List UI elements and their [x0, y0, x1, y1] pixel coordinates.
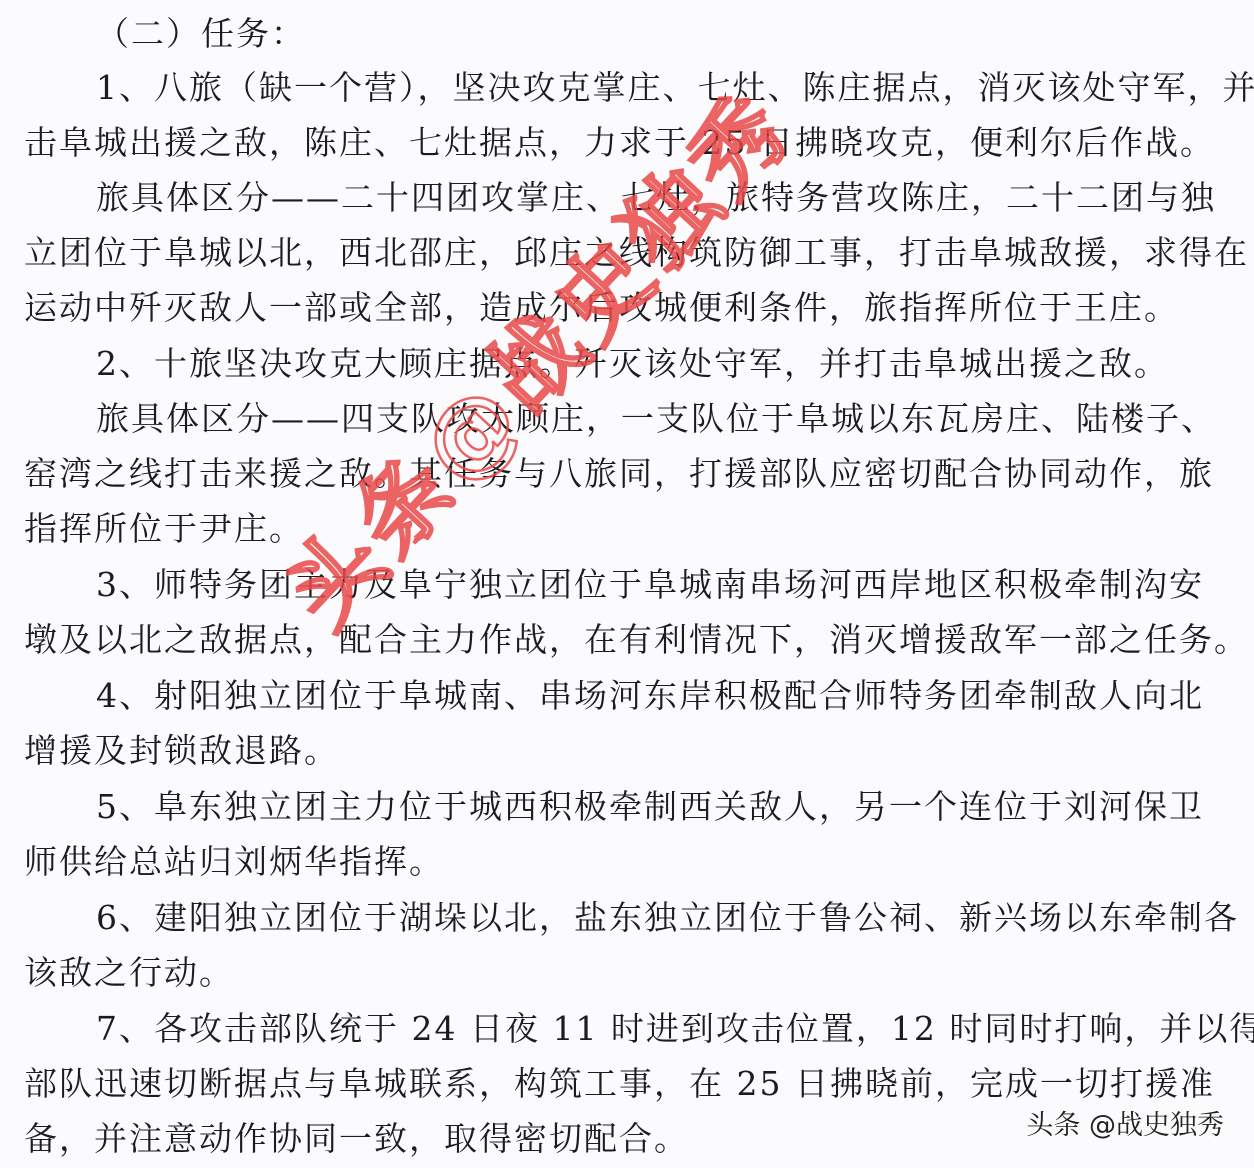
text-line: 立团位于阜城以北，西北邵庄，邱庄之线构筑防御工事，打击阜城敌援，求得在	[24, 233, 1249, 273]
corner-watermark: 头条 @战史独秀	[1026, 1103, 1224, 1142]
text-line: 墩及以北之敌据点，配合主力作战，在有利情况下，消灭增援敌军一部之任务。	[24, 620, 1249, 660]
text-line: 7、各攻击部队统于 24 日夜 11 时进到攻击位置，12 时同时打响，并以得力	[96, 1009, 1254, 1049]
text-line: 该敌之行动。	[24, 953, 234, 993]
text-line: 1、八旅（缺一个营），坚决攻克掌庄、七灶、陈庄据点，消灭该处守军，并打	[96, 68, 1254, 108]
text-line: 备，并注意动作协同一致，取得密切配合。	[24, 1119, 689, 1159]
text-line: 击阜城出援之敌，陈庄、七灶据点，力求于 25 日拂晓攻克，便利尔后作战。	[24, 123, 1215, 163]
text-line: 4、射阳独立团位于阜城南、串场河东岸积极配合师特务团牵制敌人向北	[96, 676, 1204, 716]
text-line: 增援及封锁敌退路。	[24, 731, 339, 771]
text-line: 窑湾之线打击来援之敌。其任务与八旅同，打援部队应密切配合协同动作，旅	[24, 454, 1214, 494]
section-heading: （二）任务：	[96, 14, 306, 54]
text-line: 师供给总站归刘炳华指挥。	[24, 842, 444, 882]
text-line: 旅具体区分——二十四团攻掌庄、七灶，旅特务营攻陈庄，二十二团与独	[96, 178, 1216, 218]
text-line: 指挥所位于尹庄。	[24, 509, 304, 549]
text-line: 部队迅速切断据点与阜城联系，构筑工事，在 25 日拂晓前，完成一切打援准	[24, 1064, 1215, 1104]
document-page: （二）任务： 1、八旅（缺一个营），坚决攻克掌庄、七灶、陈庄据点，消灭该处守军，…	[0, 0, 1254, 1168]
text-line: 5、阜东独立团主力位于城西积极牵制西关敌人，另一个连位于刘河保卫	[96, 787, 1204, 827]
text-line: 旅具体区分——四支队攻大顾庄，一支队位于阜城以东瓦房庄、陆楼子、	[96, 399, 1216, 439]
text-line: 6、建阳独立团位于湖垛以北，盐东独立团位于鲁公祠、新兴场以东牵制各	[96, 898, 1239, 938]
text-line: 3、师特务团主力及阜宁独立团位于阜城南串场河西岸地区积极牵制沟安	[96, 565, 1204, 605]
text-line: 2、十旅坚决攻克大顾庄据点。歼灭该处守军，并打击阜城出援之敌。	[96, 344, 1169, 384]
text-line: 运动中歼灭敌人一部或全部，造成尔后攻城便利条件，旅指挥所位于王庄。	[24, 288, 1179, 328]
